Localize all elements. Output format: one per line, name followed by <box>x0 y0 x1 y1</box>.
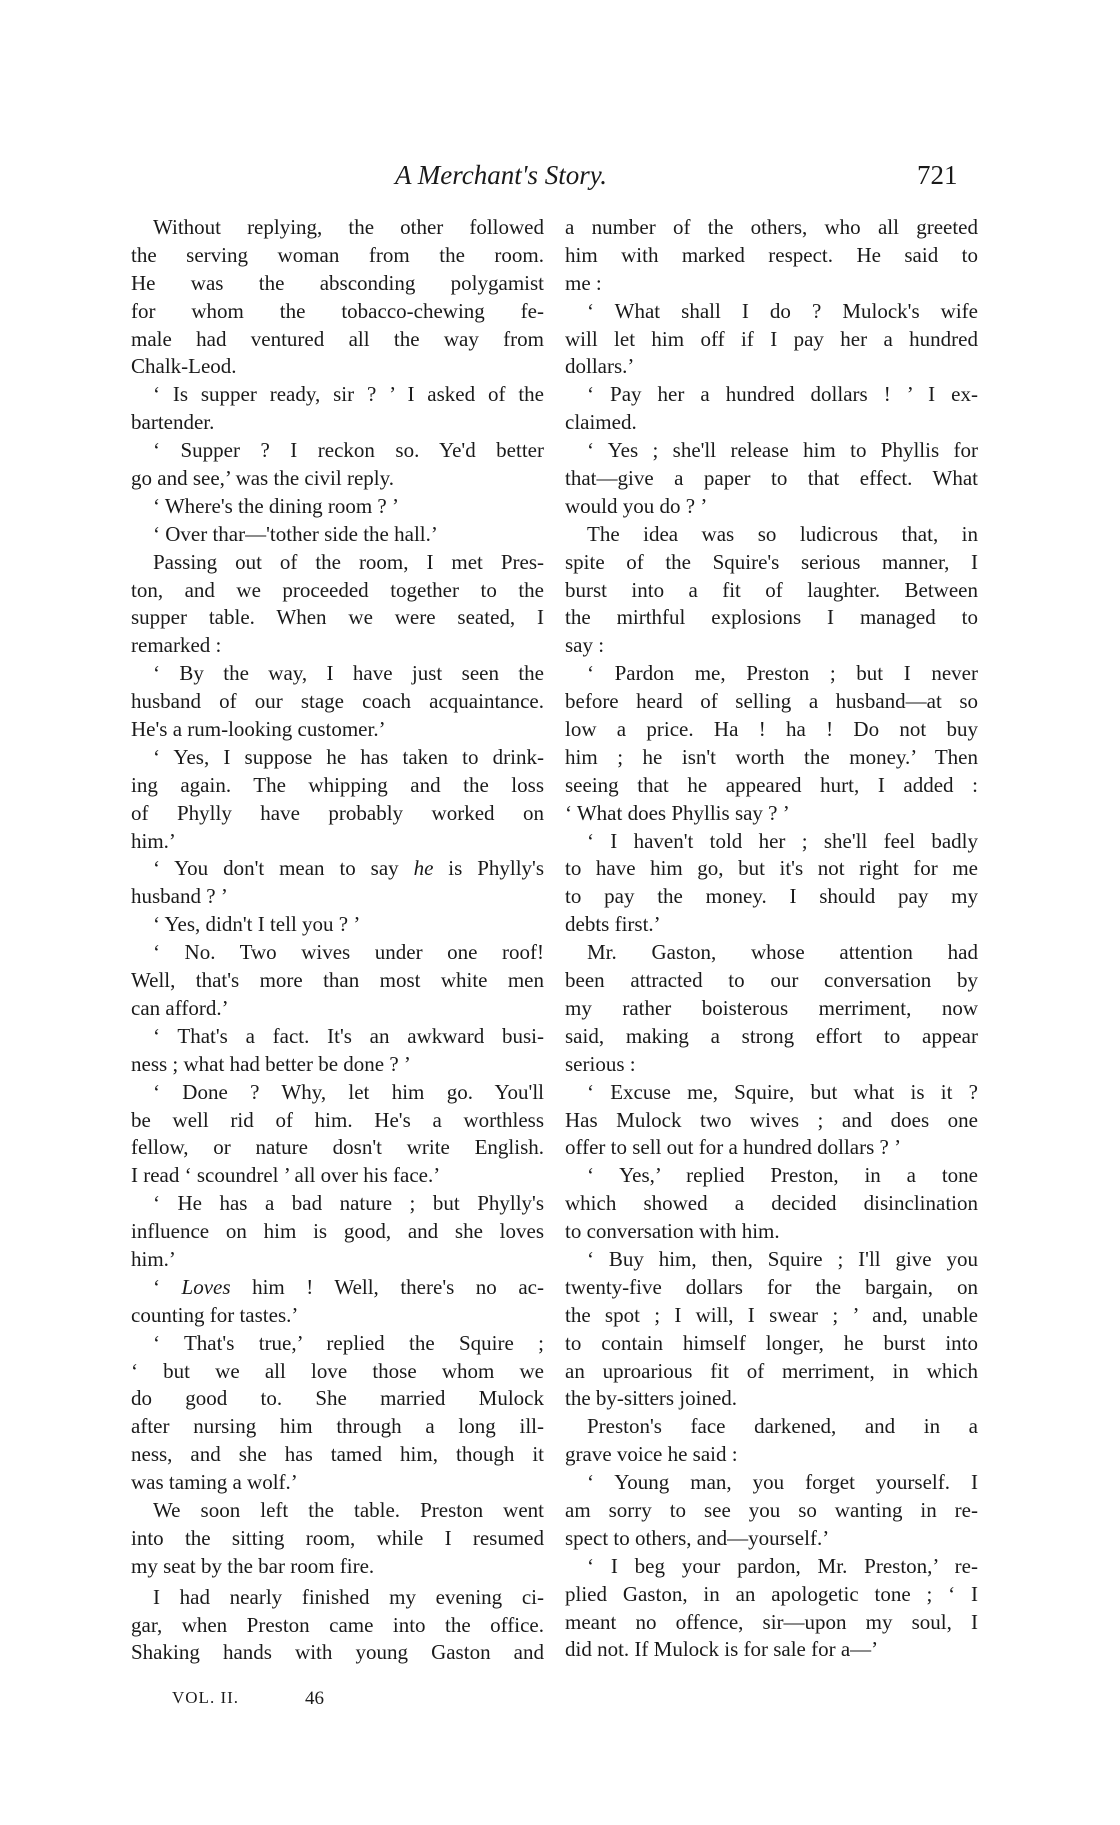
text-line: before heard of selling a husband—at so <box>565 688 978 716</box>
text-line: Passing out of the room, I met Pres- <box>131 549 544 577</box>
text-line: my rather boisterous merriment, now <box>565 995 978 1023</box>
text-line: of Phylly have probably worked on <box>131 800 544 828</box>
text-line: ‘ Excuse me, Squire, but what is it ? <box>565 1079 978 1107</box>
text-line: ‘ I haven't told her ; she'll feel badly <box>565 828 978 856</box>
text-line: husband ? ’ <box>131 883 544 911</box>
text-line: can afford.’ <box>131 995 544 1023</box>
text-line: say : <box>565 632 978 660</box>
text-line: ing again. The whipping and the loss <box>131 772 544 800</box>
text-line: ‘ Over thar—'tother side the hall.’ <box>131 521 544 549</box>
page-number: 721 <box>917 160 958 191</box>
text-line: my seat by the bar room fire. <box>131 1553 544 1581</box>
text-line: ‘ No. Two wives under one roof! <box>131 939 544 967</box>
text-line: We soon left the table. Preston went <box>131 1497 544 1525</box>
text-line: was taming a wolf.’ <box>131 1469 544 1497</box>
text-line: male had ventured all the way from <box>131 326 544 354</box>
text-line: do good to. She married Mulock <box>131 1385 544 1413</box>
text-line: ness, and she has tamed him, though it <box>131 1441 544 1469</box>
text-line: ‘ You don't mean to say he is Phylly's <box>131 855 544 883</box>
text-line: serious : <box>565 1051 978 1079</box>
text-line: ‘ I beg your pardon, Mr. Preston,’ re- <box>565 1553 978 1581</box>
text-line: the spot ; I will, I swear ; ’ and, unab… <box>565 1302 978 1330</box>
text-line: ‘ That's a fact. It's an awkward busi- <box>131 1023 544 1051</box>
text-line: to contain himself longer, he burst into <box>565 1330 978 1358</box>
text-line: go and see,’ was the civil reply. <box>131 465 544 493</box>
text-line: I read ‘ scoundrel ’ all over his face.’ <box>131 1162 544 1190</box>
left-column: Without replying, the other followedthe … <box>131 214 544 1667</box>
text-line: remarked : <box>131 632 544 660</box>
text-line: ‘ Is supper ready, sir ? ’ I asked of th… <box>131 381 544 409</box>
text-line: ‘ What shall I do ? Mulock's wife <box>565 298 978 326</box>
text-line: the mirthful explosions I managed to <box>565 604 978 632</box>
text-line: twenty-five dollars for the bargain, on <box>565 1274 978 1302</box>
text-line: been attracted to our conversation by <box>565 967 978 995</box>
text-line: which showed a decided disinclination <box>565 1190 978 1218</box>
text-line: spite of the Squire's serious manner, I <box>565 549 978 577</box>
text-line: that—give a paper to that effect. What <box>565 465 978 493</box>
text-line: ‘ Buy him, then, Squire ; I'll give you <box>565 1246 978 1274</box>
text-line: Well, that's more than most white men <box>131 967 544 995</box>
text-line: him with marked respect. He said to <box>565 242 978 270</box>
text-line: for whom the tobacco-chewing fe- <box>131 298 544 326</box>
text-line: ‘ That's true,’ replied the Squire ; <box>131 1330 544 1358</box>
text-line: to conversation with him. <box>565 1218 978 1246</box>
text-line: an uproarious fit of merriment, in which <box>565 1358 978 1386</box>
text-line: Mr. Gaston, whose attention had <box>565 939 978 967</box>
text-line: Preston's face darkened, and in a <box>565 1413 978 1441</box>
text-line: seeing that he appeared hurt, I added : <box>565 772 978 800</box>
text-line: ‘ Pardon me, Preston ; but I never <box>565 660 978 688</box>
text-line: after nursing him through a long ill- <box>131 1413 544 1441</box>
text-line: debts first.’ <box>565 911 978 939</box>
text-line: gar, when Preston came into the office. <box>131 1612 544 1640</box>
text-line: Without replying, the other followed <box>131 214 544 242</box>
text-line: ‘ Yes, didn't I tell you ? ’ <box>131 911 544 939</box>
text-line: low a price. Ha ! ha ! Do not buy <box>565 716 978 744</box>
text-line: to have him go, but it's not right for m… <box>565 855 978 883</box>
text-line: dollars.’ <box>565 353 978 381</box>
text-line: the serving woman from the room. <box>131 242 544 270</box>
text-line: ‘ Yes, I suppose he has taken to drink- <box>131 744 544 772</box>
text-line: ‘ He has a bad nature ; but Phylly's <box>131 1190 544 1218</box>
text-line: him.’ <box>131 828 544 856</box>
text-line: would you do ? ’ <box>565 493 978 521</box>
volume-label: VOL. II. <box>172 1688 239 1708</box>
text-line: burst into a fit of laughter. Between <box>565 577 978 605</box>
text-line: fellow, or nature dosn't write English. <box>131 1134 544 1162</box>
text-line: ness ; what had better be done ? ’ <box>131 1051 544 1079</box>
text-line: did not. If Mulock is for sale for a—’ <box>565 1636 978 1664</box>
text-line: ‘ By the way, I have just seen the <box>131 660 544 688</box>
text-line: The idea was so ludicrous that, in <box>565 521 978 549</box>
text-line: influence on him is good, and she loves <box>131 1218 544 1246</box>
header-title: A Merchant's Story. <box>395 160 607 191</box>
text-line: offer to sell out for a hundred dollars … <box>565 1134 978 1162</box>
text-line: bartender. <box>131 409 544 437</box>
text-line: I had nearly finished my evening ci- <box>131 1584 544 1612</box>
text-line: him ; he isn't worth the money.’ Then <box>565 744 978 772</box>
text-line: Shaking hands with young Gaston and <box>131 1639 544 1667</box>
text-line: spect to others, and—yourself.’ <box>565 1525 978 1553</box>
text-line: He's a rum-looking customer.’ <box>131 716 544 744</box>
signature-number: 46 <box>305 1688 324 1710</box>
text-line: said, making a strong effort to appear <box>565 1023 978 1051</box>
text-line: ton, and we proceeded together to the <box>131 577 544 605</box>
text-line: counting for tastes.’ <box>131 1302 544 1330</box>
text-line: a number of the others, who all greeted <box>565 214 978 242</box>
text-line: to pay the money. I should pay my <box>565 883 978 911</box>
text-line: ‘ Pay her a hundred dollars ! ’ I ex- <box>565 381 978 409</box>
text-line: ‘ Supper ? I reckon so. Ye'd better <box>131 437 544 465</box>
right-column: a number of the others, who all greetedh… <box>565 214 978 1664</box>
text-line: Chalk-Leod. <box>131 353 544 381</box>
text-line: ‘ What does Phyllis say ? ’ <box>565 800 978 828</box>
text-line: him.’ <box>131 1246 544 1274</box>
text-line: ‘ Yes ; she'll release him to Phyllis fo… <box>565 437 978 465</box>
text-line: ‘ Young man, you forget yourself. I <box>565 1469 978 1497</box>
text-line: plied Gaston, in an apologetic tone ; ‘ … <box>565 1581 978 1609</box>
text-line: ‘ but we all love those whom we <box>131 1358 544 1386</box>
text-line: will let him off if I pay her a hundred <box>565 326 978 354</box>
text-line: supper table. When we were seated, I <box>131 604 544 632</box>
text-line: be well rid of him. He's a worthless <box>131 1107 544 1135</box>
text-line: meant no offence, sir—upon my soul, I <box>565 1609 978 1637</box>
text-line: am sorry to see you so wanting in re- <box>565 1497 978 1525</box>
text-line: me : <box>565 270 978 298</box>
text-line: husband of our stage coach acquaintance. <box>131 688 544 716</box>
text-line: Has Mulock two wives ; and does one <box>565 1107 978 1135</box>
text-line: the by-sitters joined. <box>565 1385 978 1413</box>
text-line: He was the absconding polygamist <box>131 270 544 298</box>
text-line: grave voice he said : <box>565 1441 978 1469</box>
text-line: ‘ Done ? Why, let him go. You'll <box>131 1079 544 1107</box>
text-line: claimed. <box>565 409 978 437</box>
text-line: ‘ Loves him ! Well, there's no ac- <box>131 1274 544 1302</box>
text-line: ‘ Where's the dining room ? ’ <box>131 493 544 521</box>
text-line: ‘ Yes,’ replied Preston, in a tone <box>565 1162 978 1190</box>
text-line: into the sitting room, while I resumed <box>131 1525 544 1553</box>
